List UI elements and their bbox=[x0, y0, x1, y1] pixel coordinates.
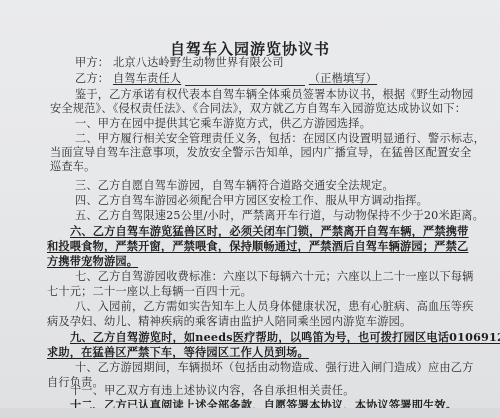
party-b-value: 自驾车责任人 bbox=[113, 72, 181, 85]
preamble-line-2: 安全规范》、《侵权责任法》、《合同法》，双方就乙方自驾车入园游览达成协议如下： bbox=[50, 102, 466, 116]
clause-9-line-2: 求助，在猛兽区严禁下车，等待园区工作人员到场。 bbox=[47, 345, 309, 359]
party-b-line: 乙方： 自驾车责任人 （正楷填写） bbox=[75, 72, 377, 86]
party-b-fill-line bbox=[185, 73, 305, 86]
clause-11: 十一、甲乙双方有违上述协议内容，各自承担相关责任。 bbox=[70, 384, 355, 398]
clause-2-line-1: 二、甲方履行相关安全管理责任义务，包括：在园区内设置明显通行、警示标志， bbox=[75, 132, 485, 146]
clause-6-line-2: 和投喂食物，严禁开窗，严禁喂食，保持顺畅通过，严禁酒后自驾车辆游园；严禁乙 bbox=[47, 239, 468, 253]
clause-7-line-2: 七十元；二十一座以上每辆一百四十元。 bbox=[47, 285, 252, 299]
clause-5: 五、乙方自驾限速25公里/小时，严禁离开车行道，与动物保持不少于20米距离。 bbox=[75, 209, 484, 223]
party-a-line: 甲方： 北京八达岭野生动物世界有限公司 bbox=[75, 56, 284, 70]
party-b-label: 乙方： bbox=[75, 72, 109, 85]
clause-6-line-1: 六、乙方自驾车游览猛兽区时，必须关闭车门锁，严禁离开自驾车辆，严禁携带 bbox=[70, 224, 469, 238]
clause-1: 一、甲方在园中提供其它乘车游览方式，供乙方游园选择。 bbox=[75, 117, 371, 131]
clause-7-line-1: 七、乙方自驾游园收费标准：六座以下每辆六十元；六座以上二十一座以下每辆 bbox=[75, 270, 474, 284]
clause-2-line-3: 巡查车。 bbox=[50, 160, 96, 174]
clause-9-line-1: 九、乙方自驾游览时，如needs医疗帮助，以鸣笛为号，也可拨打园区电话01069… bbox=[70, 330, 500, 344]
clause-10-line-1: 十、乙方游园期间，车辆损坏（包括由动物造成、强行进入闸门造成）应由乙方 bbox=[75, 361, 474, 375]
party-b-note: （正楷填写） bbox=[309, 72, 377, 85]
document-page: 自驾车入园游览协议书 甲方： 北京八达岭野生动物世界有限公司 乙方： 自驾车责任… bbox=[0, 0, 500, 418]
page-bottom-edge bbox=[0, 408, 500, 418]
clause-3: 三、乙方自愿自驾车游园，自驾车辆符合道路交通安全法规定。 bbox=[75, 179, 394, 193]
preamble-line-1: 鉴于，乙方承诺有权代表本自驾车辆全体乘员签署本协议书，根据《野生动物园 bbox=[75, 88, 474, 102]
clause-2-line-2: 当面宣导自驾车注意事项，发放安全警示告知单，园内广播宣导，在猛兽区配置安全 bbox=[50, 146, 471, 160]
party-a-label: 甲方： bbox=[75, 56, 109, 69]
clause-4: 四、乙方自驾车游园必须配合甲方园区安检工作、服从甲方调动指挥。 bbox=[75, 194, 428, 208]
clause-8-line-1: 八、入园前，乙方需如实告知车上人员身体健康状况，患有心脏病、高血压等疾 bbox=[75, 300, 474, 314]
clause-8-line-2: 病及孕妇、幼儿、精神疾病的乘客请由监护人陪同乘坐园内游览车游园。 bbox=[47, 315, 411, 329]
clause-6-line-3: 方携带宠物游园。 bbox=[47, 254, 138, 268]
party-a-value: 北京八达岭野生动物世界有限公司 bbox=[113, 56, 284, 69]
